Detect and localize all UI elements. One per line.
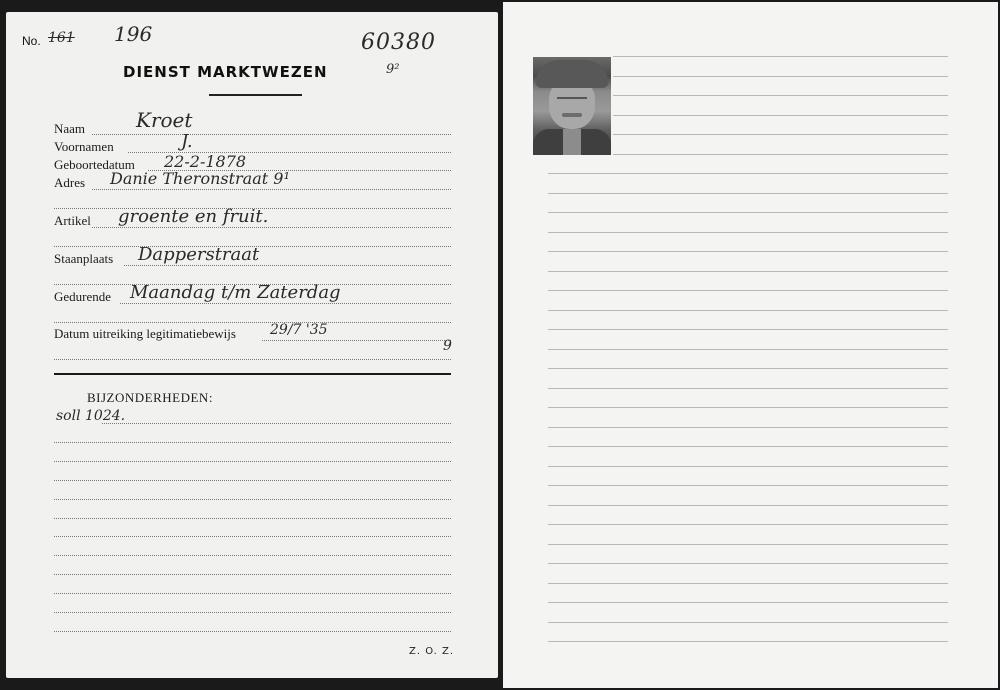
field-value-gedurende: Maandag t/m Zaterdag: [130, 282, 341, 303]
ruled-line: [548, 290, 948, 291]
ruled-line: [613, 134, 948, 135]
ruled-line: [548, 193, 948, 194]
field-value-datum-uitreiking: 29/7 '35: [270, 322, 328, 338]
field-label-datum-uitreiking: Datum uitreiking legitimatiebewijs: [54, 326, 236, 342]
field-value-staanplaats: Dapperstraat: [138, 244, 259, 265]
card-title: DIENST MARKTWEZEN: [123, 63, 328, 81]
ruled-line: [548, 427, 948, 428]
ruled-line: [548, 349, 948, 350]
field-value-artikel: groente en fruit.: [118, 206, 268, 227]
number-label: No.: [22, 34, 41, 48]
ruled-line: [548, 641, 948, 642]
field-label-artikel: Artikel: [54, 213, 91, 229]
ruled-line: [613, 76, 948, 77]
registration-card-back: [503, 2, 998, 688]
field-value-naam: Kroet: [136, 108, 192, 132]
field-line: [92, 189, 451, 190]
field-label-naam: Naam: [54, 121, 85, 137]
section-heading-bijzonderheden: BIJZONDERHEDEN:: [87, 390, 213, 406]
field-line: [262, 340, 451, 341]
notes-line: [54, 536, 451, 537]
notes-value: soll 1024.: [56, 408, 125, 424]
field-line: [120, 303, 451, 304]
ruled-line: [548, 602, 948, 603]
notes-line: [54, 631, 451, 632]
field-label-staanplaats: Staanplaats: [54, 251, 113, 267]
margin-mark: 9: [443, 338, 452, 354]
field-label-adres: Adres: [54, 175, 85, 191]
ruled-line: [548, 622, 948, 623]
ruled-line: [548, 271, 948, 272]
ruled-line: [548, 563, 948, 564]
field-value-adres: Danie Theronstraat 9¹: [110, 169, 290, 188]
notes-line: [54, 480, 451, 481]
notes-line: [54, 555, 451, 556]
notes-line: [54, 612, 451, 613]
ruled-line: [548, 446, 948, 447]
ruled-line: [548, 524, 948, 525]
ruled-line: [613, 95, 948, 96]
ruled-line: [548, 173, 948, 174]
field-line: [54, 322, 451, 323]
top-right-number: 60380: [361, 30, 436, 55]
field-line: [92, 134, 451, 135]
notes-line: [102, 423, 451, 424]
ruled-line: [548, 329, 948, 330]
notes-line: [54, 518, 451, 519]
number-handwritten: 196: [114, 22, 152, 46]
ruled-line: [548, 232, 948, 233]
registration-card-front: No. 161 196 60380 DIENST MARKTWEZEN 9² N…: [6, 12, 498, 678]
number-struck: 161: [48, 30, 75, 46]
ruled-line: [548, 466, 948, 467]
notes-line: [54, 499, 451, 500]
ruled-line: [548, 407, 948, 408]
ruled-line: [548, 388, 948, 389]
section-divider: [54, 373, 451, 375]
title-underline: [209, 94, 302, 96]
field-label-voornamen: Voornamen: [54, 139, 114, 155]
footer-zoz: Z. O. Z.: [409, 646, 454, 657]
field-label-gedurende: Gedurende: [54, 289, 111, 305]
notes-line: [54, 442, 451, 443]
field-line: [92, 227, 451, 228]
ruled-line: [613, 56, 948, 57]
ruled-line: [548, 212, 948, 213]
field-line: [54, 359, 451, 360]
field-value-voornamen: J.: [181, 131, 193, 152]
ruled-line: [548, 368, 948, 369]
ruled-line: [613, 115, 948, 116]
notes-line: [54, 574, 451, 575]
ruled-line: [548, 505, 948, 506]
portrait-photo: [533, 57, 611, 155]
ruled-line: [548, 544, 948, 545]
field-line: [124, 265, 451, 266]
title-annotation: 9²: [386, 62, 399, 77]
ruled-line: [548, 310, 948, 311]
ruled-line: [548, 485, 948, 486]
ruled-line: [548, 251, 948, 252]
ruled-line: [613, 154, 948, 155]
notes-line: [54, 593, 451, 594]
notes-line: [54, 461, 451, 462]
ruled-line: [548, 583, 948, 584]
